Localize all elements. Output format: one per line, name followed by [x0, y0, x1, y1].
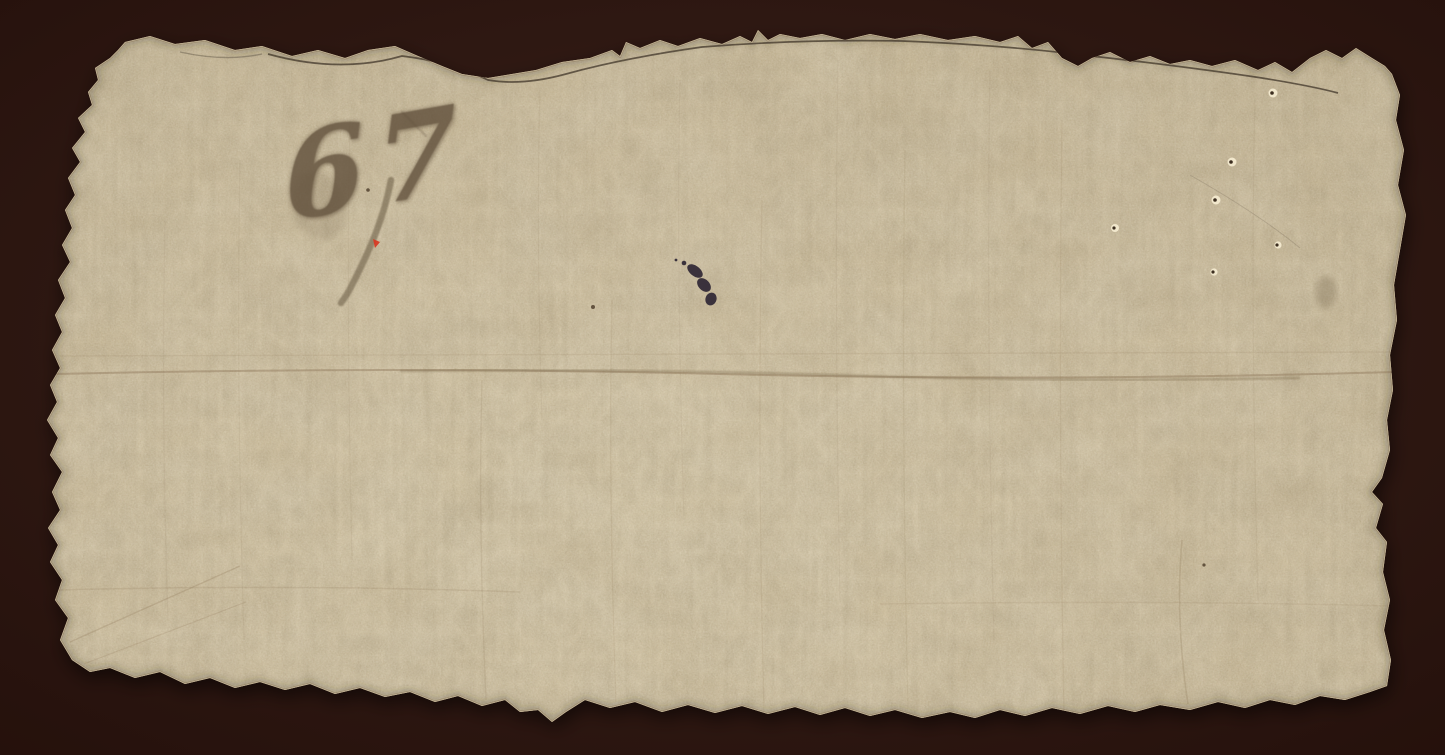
smudge [1315, 276, 1337, 308]
photo-stage: 67 [0, 0, 1445, 755]
paper-texture-grain-light [35, 20, 1415, 735]
paper-sheet [35, 20, 1415, 735]
pinhole [1212, 196, 1221, 205]
pinhole [1269, 89, 1278, 98]
photo-canvas [0, 0, 1445, 755]
pinhole [1228, 158, 1237, 167]
pinhole [1111, 224, 1119, 232]
pinhole [1274, 241, 1281, 248]
pinhole [1210, 268, 1217, 275]
